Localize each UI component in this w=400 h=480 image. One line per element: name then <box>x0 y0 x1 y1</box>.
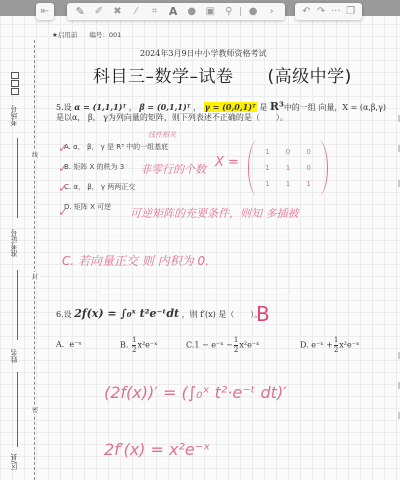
status-label: ★启用前 <box>52 31 77 39</box>
option-b: B. 矩阵 X 的秩为 3 <box>64 162 124 172</box>
pencil-icon[interactable]: ✐ <box>92 3 106 20</box>
handwritten-note-a: 线性相关 <box>148 130 176 140</box>
check-mark: ✓ <box>58 181 68 195</box>
highlighter-icon[interactable]: ⁄ <box>129 3 143 20</box>
exam-level: (高级中学) <box>268 67 352 87</box>
toolbar-divider <box>240 7 241 16</box>
q6-option-b: B. 12x²e⁻ˣ <box>120 336 158 355</box>
binding-line <box>34 40 35 480</box>
toolbar-history-group: ↶ ↷ ··· ❐ <box>295 3 362 20</box>
name-label: 姓名 <box>6 345 22 367</box>
toolbar-tools-group: ✎ ✐ ✖ ⁄ ⌗ A ● ▣ ⚲ ● › <box>67 3 285 20</box>
handwritten-work-2: 2f′(x) = x²e⁻ˣ <box>104 440 210 459</box>
page-title: 科目三–数学–试卷(高级中学) <box>93 62 352 87</box>
eraser-tools-icon[interactable]: ✖ <box>110 3 124 20</box>
question-6: 6.设 2f(x) = ∫₀ˣ t²e⁻ᵗdt ，则 f′(x) 是（ ）。 <box>56 307 262 320</box>
shape-icon[interactable]: ● <box>185 3 199 20</box>
toolbar-exit-group: ⇤ <box>36 3 54 20</box>
text-icon[interactable]: A <box>166 3 180 20</box>
color-icon[interactable]: ● <box>246 3 260 20</box>
option-d: D. 矩阵 X 可逆 <box>64 202 111 212</box>
microphone-icon[interactable]: ⚲ <box>222 3 236 20</box>
highlighted-gamma: γ = (0,0,1)ᵀ <box>204 102 257 112</box>
image-icon[interactable]: ▣ <box>203 3 217 20</box>
check-mark: ✓ <box>58 141 68 155</box>
checkbox <box>11 72 19 79</box>
seal-char: 封 <box>30 272 40 281</box>
q6-option-a: A. e⁻ˣ <box>56 340 82 349</box>
seal-char: 线 <box>30 150 40 159</box>
exam-subject: 科目三–数学–试卷 <box>93 67 234 87</box>
exit-icon[interactable]: ⇤ <box>40 3 50 20</box>
option-c: C. α， β， γ 两两正交 <box>64 182 135 192</box>
handwritten-answer: B <box>256 302 270 326</box>
field-line <box>17 372 18 447</box>
q6-option-c: C.1 − e⁻ˣ −12x²e⁻ˣ <box>186 336 259 355</box>
field-line <box>17 270 18 340</box>
checkbox <box>11 88 19 95</box>
handwritten-note-c: C. 若向量正交 则 内积为 0. <box>62 252 209 269</box>
handwritten-note-b: 非零行的个数 <box>140 161 206 177</box>
handwritten-matrix: 100 110 111 <box>248 140 328 196</box>
pages-icon[interactable]: ❐ <box>344 3 358 20</box>
check-mark: ✓ <box>58 205 68 219</box>
pen-icon[interactable]: ✎ <box>73 3 87 20</box>
more-icon[interactable]: ··· <box>329 3 343 20</box>
seal-char: 密 <box>30 405 40 414</box>
q6-option-d: D. e⁻ˣ +12x²e⁻ˣ <box>300 336 359 355</box>
handwritten-x-equals: X = <box>215 155 239 170</box>
serial-number: 编号：001 <box>89 31 121 39</box>
admission-number-label: 准考证号 <box>6 220 22 266</box>
handwritten-note-d: 可逆矩阵的充要条件，则知 多插被 <box>130 205 299 221</box>
question-5-line2: 是以α， β， γ为列向量的矩阵，则下列表述不正确的是（ ）。 <box>56 112 288 123</box>
undo-icon[interactable]: ↶ <box>299 3 313 20</box>
option-a: A. α， β， γ 是 R³ 中的一组基底 <box>64 142 168 152</box>
check-mark: ✓ <box>58 161 68 175</box>
exam-meta: ★启用前 编号：001 <box>52 30 131 39</box>
checkbox <box>11 80 19 87</box>
field-line <box>17 138 18 218</box>
lasso-icon[interactable]: ⌗ <box>148 3 162 20</box>
exam-room-label: 考场号 <box>6 100 22 132</box>
redo-icon[interactable]: ↷ <box>314 3 328 20</box>
district-label: 区/县 <box>6 448 22 476</box>
exam-date-line: 2024年3月9日中小学教师资格考试 <box>140 48 267 59</box>
handwritten-work-1: (2f(x))′ = (∫₀ˣ t²·e⁻ᵗ dt)′ <box>104 383 287 402</box>
chevron-right-icon[interactable]: › <box>265 3 279 20</box>
